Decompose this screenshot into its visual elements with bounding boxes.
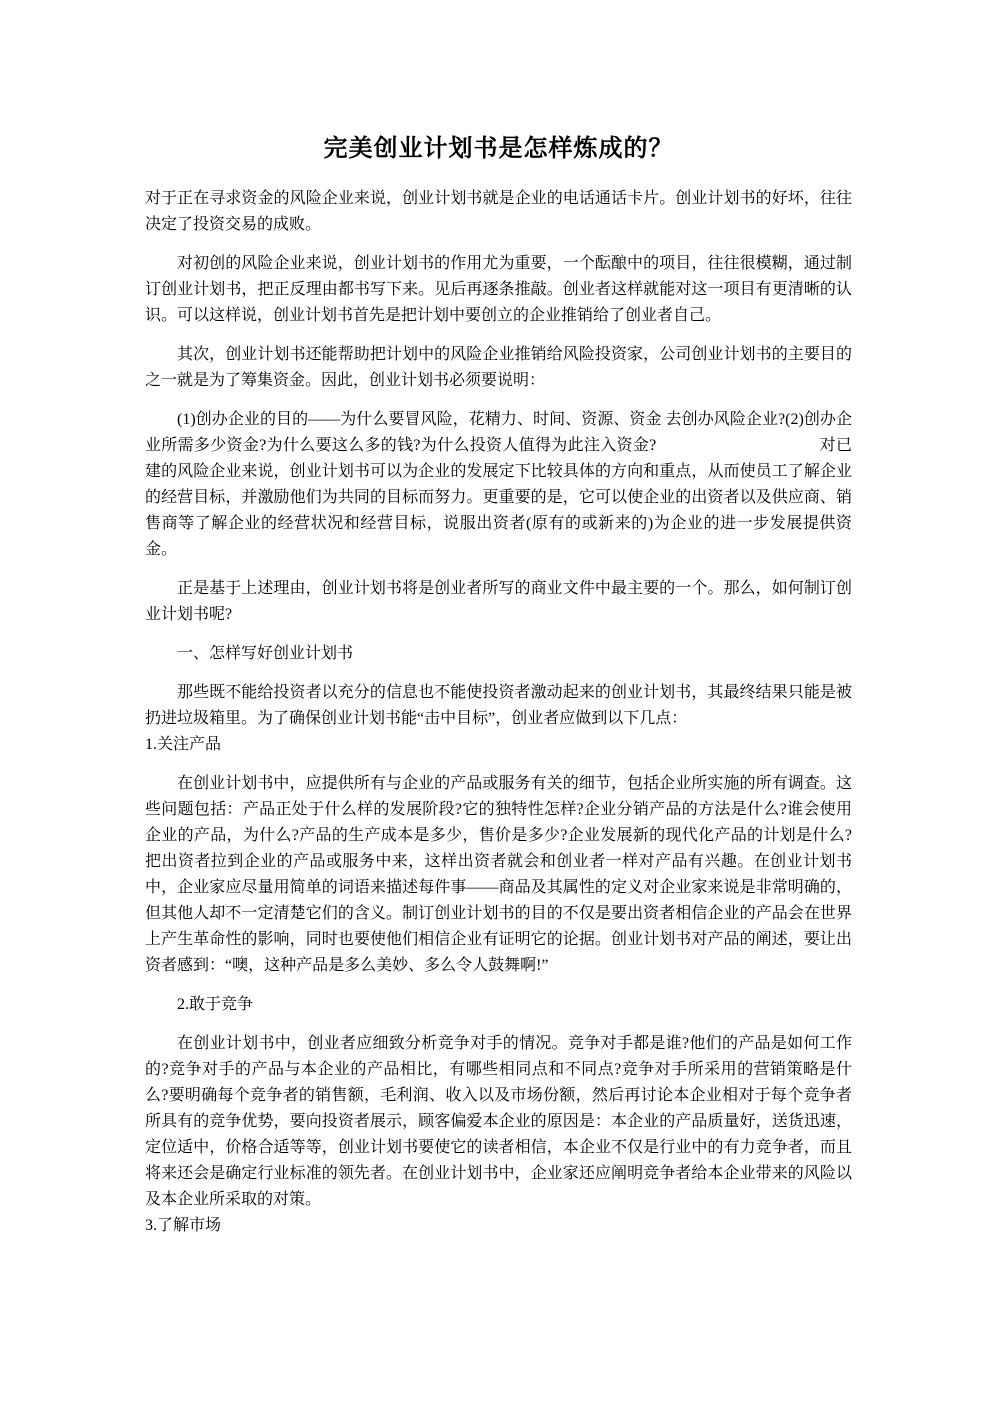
para-intro: 对于正在寻求资金的风险企业来说，创业计划书就是企业的电话通话卡片。创业计划书的好… [145,186,852,238]
heading-item2-dare-to-compete: 2.敢于竞争 [145,992,852,1018]
para-hit-target-and-item1-focus-product: 那些既不能给投资者以充分的信息也不能使投资者激动起来的创业计划书，其最终结果只能… [145,680,852,758]
document-body: 对于正在寻求资金的风险企业来说，创业计划书就是企业的电话通话卡片。创业计划书的好… [145,186,852,1239]
para-competition-and-item3-know-market: 在创业计划书中，创业者应细致分析竞争对手的情况。竞争对手都是谁?他们的产品是如何… [145,1031,852,1239]
para-reason-conclusion: 正是基于上述理由，创业计划书将是创业者所写的商业文件中最主要的一个。那么，如何制… [145,576,852,628]
para-purpose-questions: (1)创办企业的目的——为什么要冒风险，花精力、时间、资源、资金 去创办风险企业… [145,407,852,563]
document-title: 完美创业计划书是怎样炼成的？ [145,134,852,164]
para-product-details: 在创业计划书中，应提供所有与企业的产品或服务有关的细节，包括企业所实施的所有调查… [145,771,852,979]
heading-section-one-how-to-write: 一、怎样写好创业计划书 [145,641,852,667]
para-new-venture: 对初创的风险企业来说，创业计划书的作用尤为重要，一个酝酿中的项目，往往很模糊，通… [145,251,852,329]
document-page: 完美创业计划书是怎样炼成的？ 对于正在寻求资金的风险企业来说，创业计划书就是企业… [0,0,992,1404]
para-secondly-fundraising: 其次，创业计划书还能帮助把计划中的风险企业推销给风险投资家，公司创业计划书的主要… [145,342,852,394]
